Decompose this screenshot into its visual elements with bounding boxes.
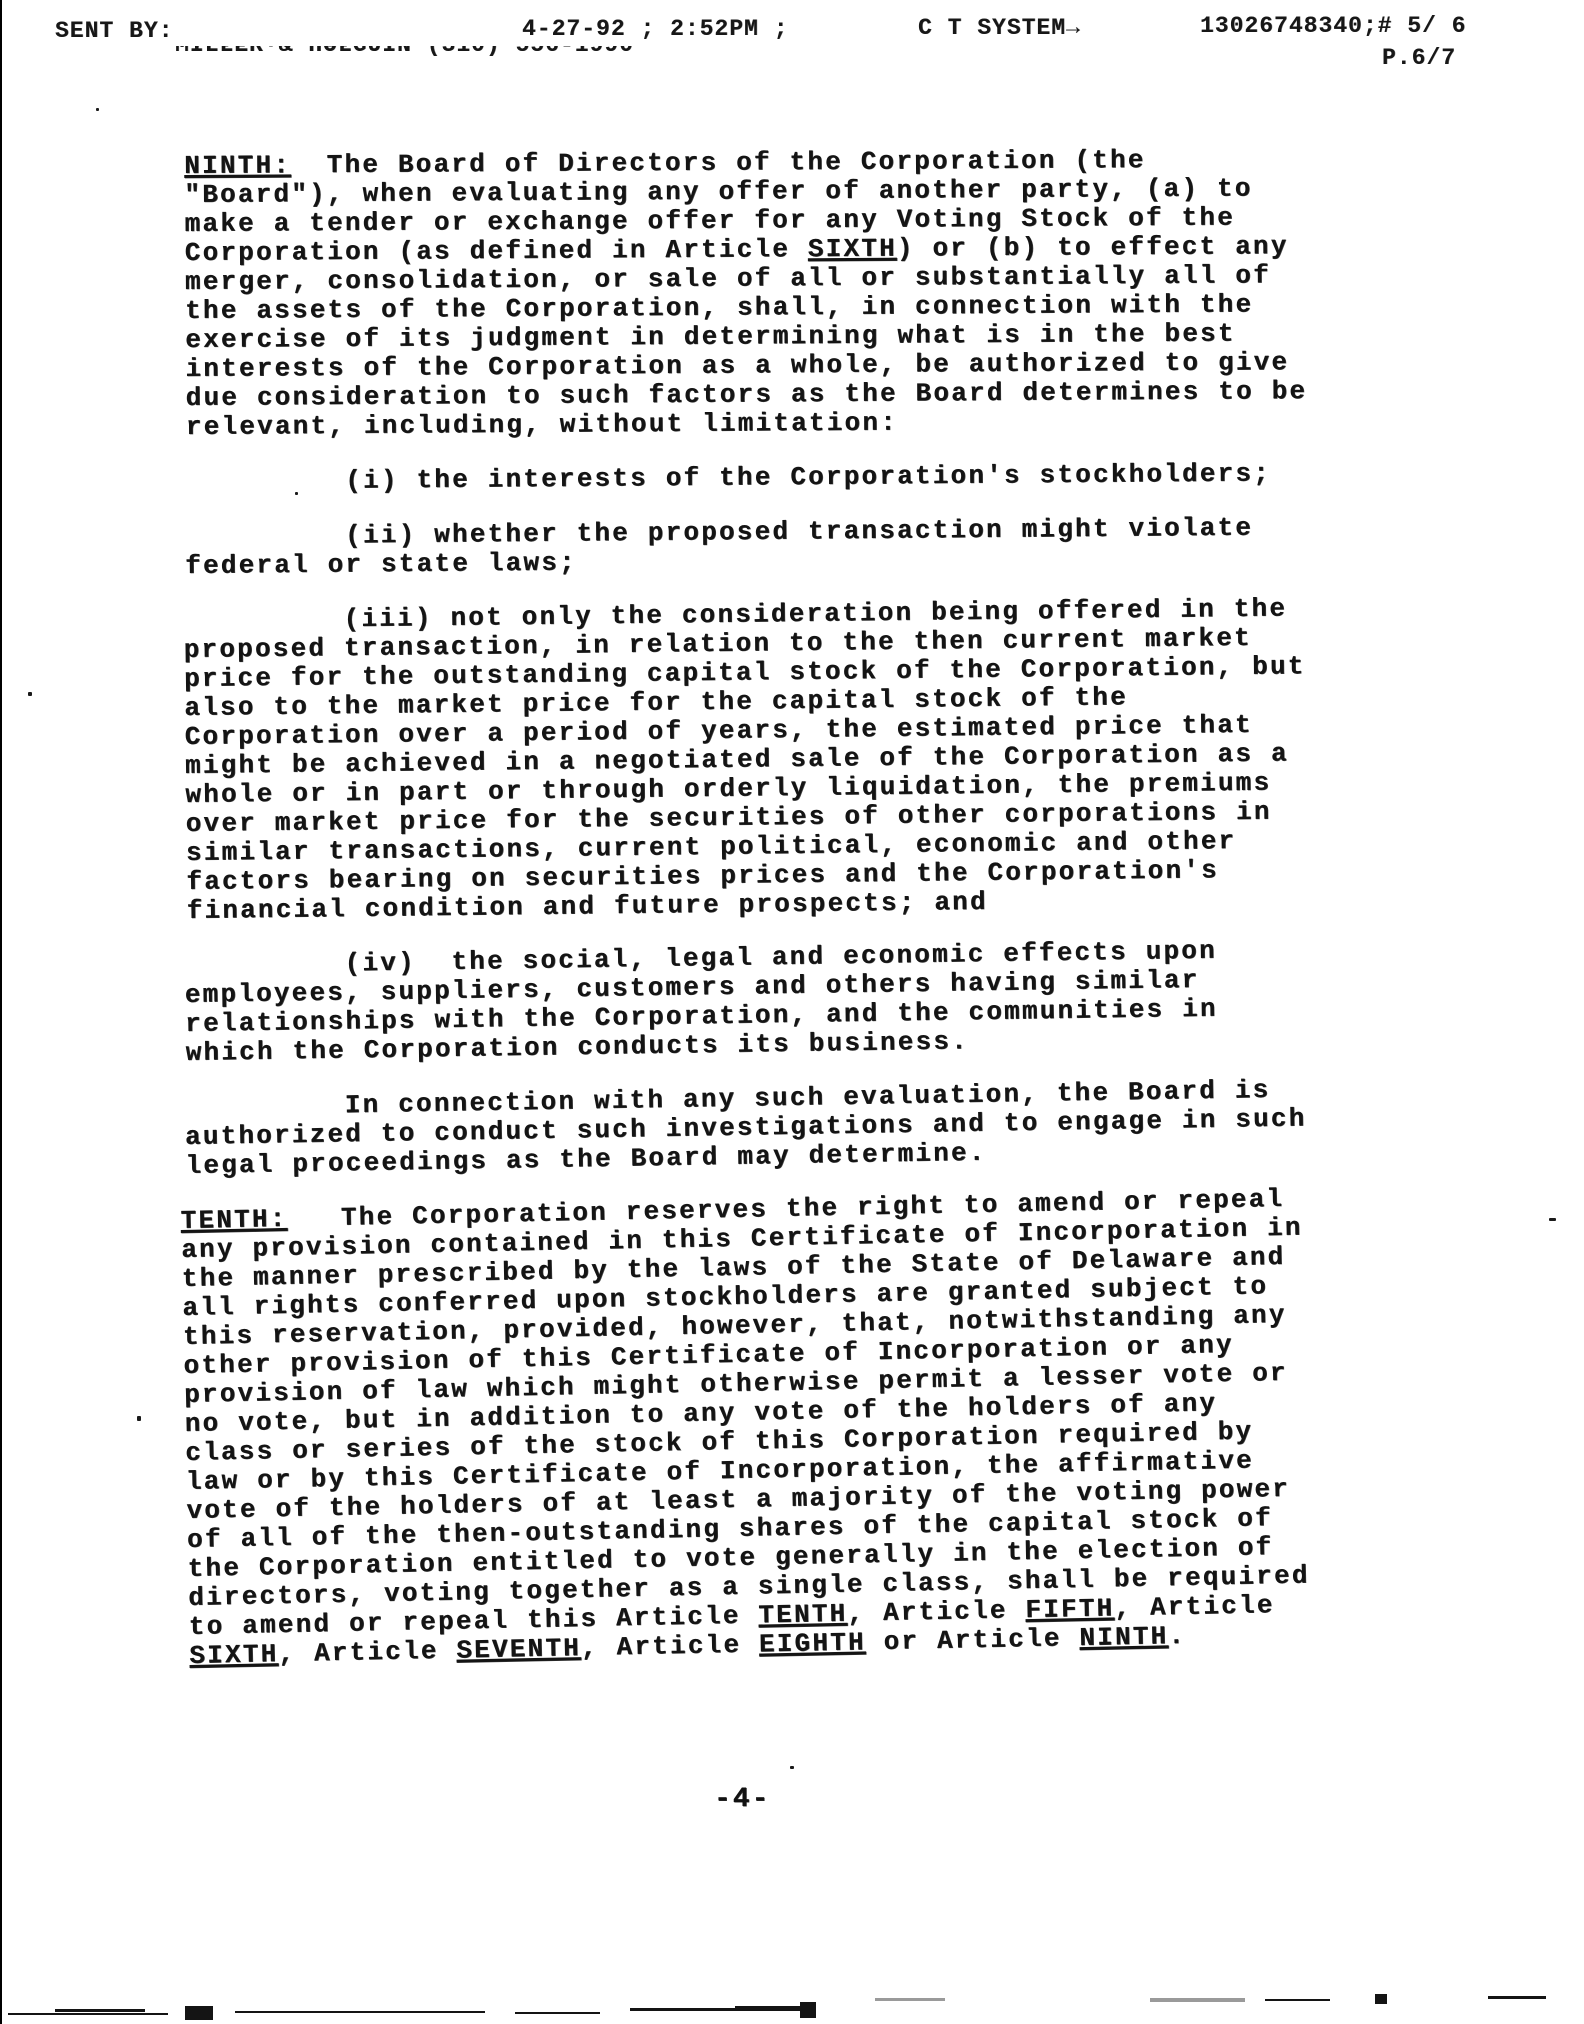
paragraph: In connection with any such evaluation, … [184, 1075, 1360, 1181]
fax-transmission-id: 13026748340;# 5/ 6 [1200, 13, 1466, 39]
underlined-term: SIXTH [808, 234, 897, 265]
scan-edge-artifact [0, 0, 2, 2024]
underlined-term: EIGHTH [759, 1627, 866, 1659]
scan-speck [295, 492, 298, 495]
scan-noise-blob [1375, 1994, 1387, 2004]
scan-speck [1549, 1218, 1556, 1221]
text-segment: (ii) whether the proposed transaction mi… [185, 513, 1253, 581]
underlined-term: TENTH: [180, 1204, 287, 1236]
underlined-term: SEVENTH [456, 1633, 581, 1665]
paragraph: (iii) not only the consideration being o… [183, 594, 1362, 926]
scan-noise-line [875, 1998, 945, 2001]
text-segment: . [1168, 1621, 1186, 1651]
paragraph: NINTH: The Board of Directors of the Cor… [184, 145, 1361, 442]
fax-page-indicator: P.6/7 [1382, 45, 1456, 71]
underlined-term: SIXTH [189, 1639, 279, 1671]
paragraph: (iv) the social, legal and economic effe… [184, 935, 1361, 1068]
scan-speck [28, 692, 32, 696]
fax-clipped-sender-line: ·· ·- ·· -· MILLER & HOLGUIN (310) 556-1… [175, 46, 905, 62]
text-segment: , Article [581, 1630, 760, 1664]
underlined-term: NINTH [1079, 1621, 1169, 1653]
fax-sent-by-label: SENT BY: [55, 18, 173, 44]
underlined-term: FIFTH [1025, 1593, 1115, 1625]
scan-noise-line [55, 2009, 145, 2012]
fax-sender-name: MILLER & HOLGUIN (310) 556-1990 [175, 46, 634, 58]
paragraph: TENTH: The Corporation reserves the righ… [180, 1183, 1364, 1670]
paragraph: (ii) whether the proposed transaction mi… [185, 513, 1360, 581]
text-segment: , Article [278, 1636, 457, 1670]
text-segment: The Corporation reserves the right to am… [181, 1184, 1310, 1642]
scan-noise-line [1265, 1999, 1330, 2001]
underlined-term: NINTH: [184, 150, 291, 181]
page-number: -4- [714, 1784, 770, 1815]
scan-noise-blob [185, 2006, 213, 2020]
underlined-term: TENTH [758, 1599, 848, 1631]
text-segment: (iii) not only the consideration being o… [183, 593, 1305, 926]
paragraph: (i) the interests of the Corporation's s… [185, 459, 1360, 497]
fax-datetime: 4-27-92 ; 2:52PM ; [522, 16, 788, 42]
text-segment: , Article [1114, 1590, 1275, 1623]
scan-noise-line [515, 2012, 600, 2014]
scan-speck [790, 1766, 794, 1769]
fax-system-name: C T SYSTEM→ [918, 15, 1081, 41]
scan-noise-line [8, 2013, 168, 2015]
scan-speck [137, 1416, 141, 1421]
scan-speck [96, 108, 99, 111]
document-body: NINTH: The Board of Directors of the Cor… [185, 152, 1360, 1697]
scan-noise-line [235, 2011, 485, 2013]
scan-noise-line [1150, 1998, 1245, 2002]
scan-noise-blob [800, 2002, 816, 2018]
text-segment: In connection with any such evaluation, … [184, 1075, 1306, 1181]
text-segment: or Article [865, 1623, 1079, 1657]
scan-noise-line [1488, 1996, 1546, 1999]
text-segment: (i) the interests of the Corporation's s… [185, 458, 1271, 497]
scan-noise-line [630, 2008, 745, 2011]
text-segment: (iv) the social, legal and economic effe… [184, 936, 1218, 1068]
